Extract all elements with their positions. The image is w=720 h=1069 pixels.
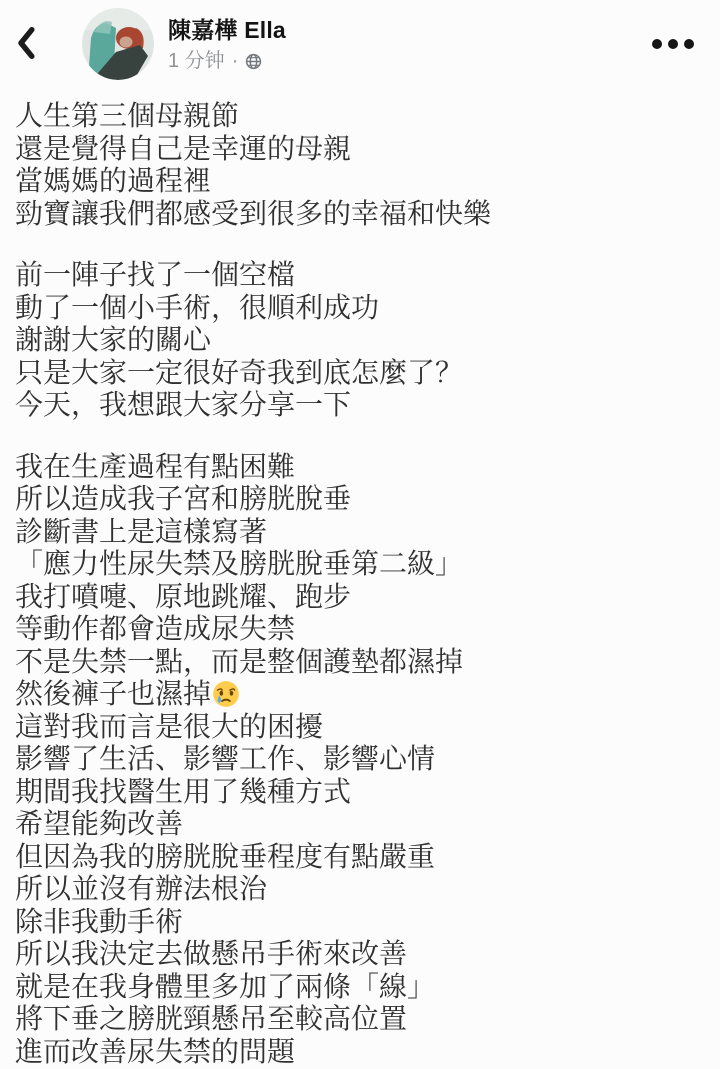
post-text-line: 動了一個小手術，很順利成功 bbox=[15, 292, 704, 325]
chevron-left-icon bbox=[16, 26, 36, 63]
ellipsis-icon bbox=[652, 39, 694, 49]
post-text-line: 除非我動手術 bbox=[15, 906, 704, 939]
post-header: 陳嘉樺 Ella 1 分钟 · bbox=[0, 0, 720, 84]
post-text-line: 所以造成我子宮和膀胱脫垂 bbox=[15, 483, 704, 516]
avatar[interactable] bbox=[82, 8, 154, 80]
post-paragraph: 前一陣子找了一個空檔動了一個小手術，很順利成功謝謝大家的關心只是大家一定很好奇我… bbox=[15, 259, 704, 422]
post-timestamp: 1 分钟 bbox=[168, 49, 225, 73]
post-text-line: 只是大家一定很好奇我到底怎麼了？ bbox=[15, 357, 704, 390]
post-text-line: 謝謝大家的關心 bbox=[15, 324, 704, 357]
post-text-line: 人生第三個母親節 bbox=[15, 100, 704, 133]
back-button[interactable] bbox=[16, 19, 54, 69]
post-text-line: 將下垂之膀胱頸懸吊至較高位置 bbox=[15, 1003, 704, 1036]
post-text-line: 「應力性尿失禁及膀胱脫垂第二級」 bbox=[15, 548, 704, 581]
post-text-line: 還是覺得自己是幸運的母親 bbox=[15, 133, 704, 166]
header-text-block: 陳嘉樺 Ella 1 分钟 · bbox=[168, 16, 286, 73]
post-text-line: 前一陣子找了一個空檔 bbox=[15, 259, 704, 292]
post-text-line: 今天，我想跟大家分享一下 bbox=[15, 389, 704, 422]
post-text-line: 然後褲子也濕掉 bbox=[15, 678, 704, 711]
post-meta: 1 分钟 · bbox=[168, 49, 286, 73]
post-text-line: 我打噴嚏、原地跳耀、跑步 bbox=[15, 581, 704, 614]
more-options-button[interactable] bbox=[652, 29, 694, 59]
post-text-line: 不是失禁一點，而是整個護墊都濕掉 bbox=[15, 646, 704, 679]
facebook-post-screen: 陳嘉樺 Ella 1 分钟 · bbox=[0, 0, 720, 1069]
post-paragraph: 人生第三個母親節還是覺得自己是幸運的母親當媽媽的過程裡勁寶讓我們都感受到很多的幸… bbox=[15, 100, 704, 230]
post-text-line: 進而改善尿失禁的問題 bbox=[15, 1036, 704, 1069]
post-text-line: 等動作都會造成尿失禁 bbox=[15, 613, 704, 646]
post-text-line: 但因為我的膀胱脫垂程度有點嚴重 bbox=[15, 841, 704, 874]
post-text-line: 勁寶讓我們都感受到很多的幸福和快樂 bbox=[15, 198, 704, 231]
meta-separator: · bbox=[232, 49, 239, 73]
post-text-line: 期間我找醫生用了幾種方式 bbox=[15, 776, 704, 809]
post-text-line: 希望能夠改善 bbox=[15, 808, 704, 841]
crying-face-emoji bbox=[212, 680, 240, 708]
post-paragraph: 我在生產過程有點困難所以造成我子宮和膀胱脫垂診斷書上是這樣寫著「應力性尿失禁及膀… bbox=[15, 451, 704, 1069]
post-text-line: 我在生產過程有點困難 bbox=[15, 451, 704, 484]
post-text-line: 影響了生活、影響工作、影響心情 bbox=[15, 743, 704, 776]
post-text-line: 診斷書上是這樣寫著 bbox=[15, 516, 704, 549]
post-text-line: 所以並沒有辦法根治 bbox=[15, 873, 704, 906]
post-text-line: 就是在我身體里多加了兩條「線」 bbox=[15, 971, 704, 1004]
post-body: 人生第三個母親節還是覺得自己是幸運的母親當媽媽的過程裡勁寶讓我們都感受到很多的幸… bbox=[0, 84, 720, 1068]
author-name[interactable]: 陳嘉樺 Ella bbox=[168, 16, 286, 44]
post-text-line: 當媽媽的過程裡 bbox=[15, 165, 704, 198]
post-text-line: 所以我決定去做懸吊手術來改善 bbox=[15, 938, 704, 971]
post-text-line: 這對我而言是很大的困擾 bbox=[15, 711, 704, 744]
globe-icon bbox=[245, 53, 262, 70]
